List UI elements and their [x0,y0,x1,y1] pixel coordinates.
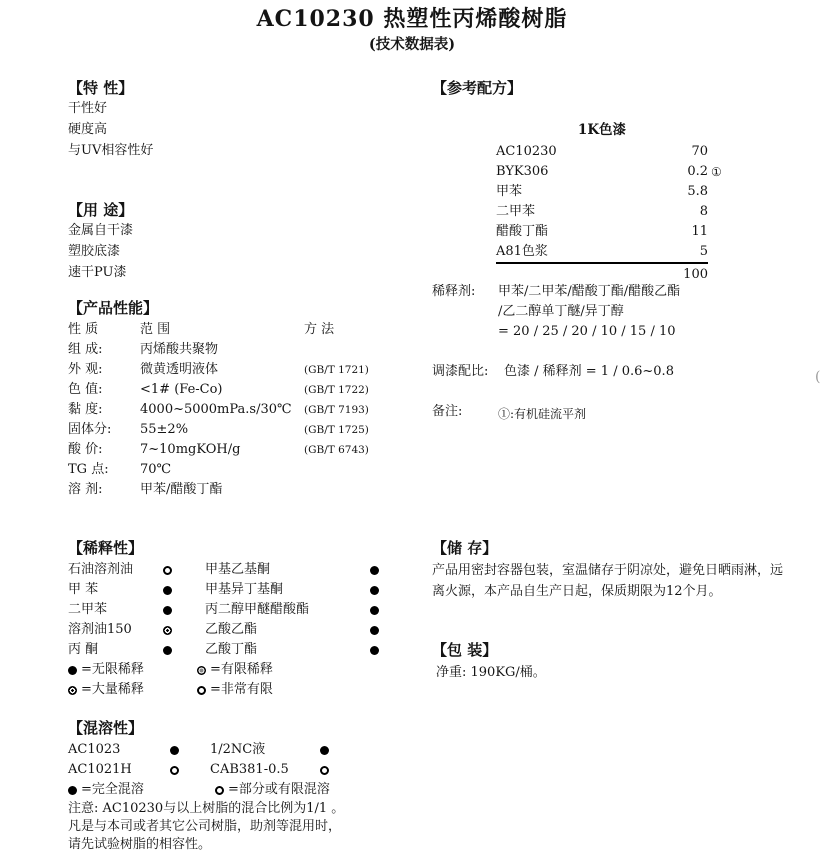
miscibility-note: 注意: AC10230与以上树脂的混合比例为1/1 。凡是与本司或者其它公司树脂… [68,800,400,853]
dilution-row: 丙 酮乙酸丁酯 [68,640,400,660]
solvent-name: 溶剂油150 [68,620,163,640]
properties-section: 【产品性能】 性 质 范 围 方 法 组 成:丙烯酸共聚物外 观:微黄透明液体(… [68,298,400,500]
property-name: 溶 剂: [68,480,140,500]
solvent-name: 丙 酮 [68,640,163,660]
resin-name: AC1021H [68,760,170,780]
legend-label: =非常有限 [210,680,273,700]
mix-ratio-block: 调漆配比: 色漆 / 稀释剂 = 1 / 0.6~0.8 [432,362,790,382]
property-name: 黏 度: [68,400,140,420]
dilution-rows: 石油溶剂油甲基乙基酮甲 苯甲基异丁基酮二甲苯丙二醇甲醚醋酸酯溶剂油150乙酸乙酯… [68,560,400,660]
properties-header-row: 性 质 范 围 方 法 [68,320,400,340]
unlimited-symbol [370,606,379,615]
dilution-section: 【稀释性】 石油溶剂油甲基乙基酮甲 苯甲基异丁基酮二甲苯丙二醇甲醚醋酸酯溶剂油1… [68,538,400,700]
partial-symbol [170,766,179,775]
formula-heading: 【参考配方】 [432,78,790,98]
datasheet-page: AC10230 热塑性丙烯酸树脂 (技术数据表) 【特 性】 干性好硬度高与UV… [0,0,824,853]
formula-component: 醋酸丁酯 [496,222,548,242]
resin-name: CAB381-0.5 [210,760,320,780]
uses-section: 【用 途】 金属自干漆塑胶底漆速干PU漆 [68,200,400,283]
property-value: 甲苯/醋酸丁酯 [140,480,304,500]
thinner-line: = 20 / 25 / 20 / 10 / 15 / 10 [498,322,680,342]
uses-list: 金属自干漆塑胶底漆速干PU漆 [68,220,400,283]
unlimited-symbol [163,586,172,595]
miscibility-legend-item: =完全混溶 [68,780,215,800]
property-row: 色 值:<1# (Fe-Co)(GB/T 1722) [68,380,400,400]
formula-component: BYK306 [496,162,548,182]
unlimited-symbol [370,626,379,635]
packing-section: 【包 装】 净重: 190KG/桶。 [432,640,790,683]
features-list: 干性好硬度高与UV相容性好 [68,98,400,161]
unlimited-symbol [370,646,379,655]
legend-label: =有限稀释 [210,660,273,680]
full-symbol [68,786,77,795]
miscibility-heading: 【混溶性】 [68,718,400,738]
page-title: AC10230 热塑性丙烯酸树脂 [0,2,824,33]
properties-rows: 组 成:丙烯酸共聚物外 观:微黄透明液体(GB/T 1721)色 值:<1# (… [68,340,400,500]
thinner-line: /乙二醇单丁醚/异丁醇 [498,302,680,322]
full-symbol [320,746,329,755]
property-method [304,480,400,500]
resin-name: 1/2NC液 [210,740,320,760]
large-symbol [163,626,172,635]
use-item: 金属自干漆 [68,220,400,241]
miscibility-rows: AC10231/2NC液AC1021HCAB381-0.5 [68,740,400,780]
property-method: (GB/T 1725) [304,420,400,440]
legend-label: =部分或有限混溶 [228,780,330,800]
unlimited-symbol [68,666,77,675]
formula-amount: 0.2 [687,162,708,182]
formula-row: BYK3060.2① [496,162,708,182]
property-row: 组 成:丙烯酸共聚物 [68,340,400,360]
thinner-label: 稀释剂: [432,282,498,342]
storage-text: 产品用密封容器包装，室温储存于阴凉处，避免日晒雨淋，远离火源，本产品自生产日起，… [432,560,790,602]
solvent-name: 乙酸丁酯 [205,640,370,660]
property-value: 70℃ [140,460,304,480]
thinner-line: 甲苯/二甲苯/醋酸丁酯/醋酸乙酯 [498,282,680,302]
property-name: TG 点: [68,460,140,480]
dilution-row: 石油溶剂油甲基乙基酮 [68,560,400,580]
feature-item: 硬度高 [68,119,400,140]
property-method [304,340,400,360]
column-header-method: 方 法 [304,320,400,340]
uses-heading: 【用 途】 [68,200,400,220]
solvent-name: 甲基乙基酮 [205,560,370,580]
use-item: 速干PU漆 [68,262,400,283]
dilution-legend-item: =有限稀释 [197,660,400,680]
dilution-legend-item: =无限稀释 [68,660,197,680]
unlimited-symbol [163,606,172,615]
formula-component: A81色浆 [496,242,548,262]
very-limited-symbol [163,566,172,575]
formula-amount: 5.8 [687,182,708,202]
formula-table: 1K色漆 AC1023070BYK3060.2①甲苯5.8二甲苯8醋酸丁酯11A… [496,120,708,285]
storage-section: 【储 存】 产品用密封容器包装，室温储存于阴凉处，避免日晒雨淋，远离火源，本产品… [432,538,790,602]
solvent-name: 乙酸乙酯 [205,620,370,640]
property-row: 酸 价:7~10mgKOH/g(GB/T 6743) [68,440,400,460]
dilution-legend: =无限稀释=有限稀释=大量稀释=非常有限 [68,660,400,700]
property-name: 固体分: [68,420,140,440]
formula-row: A81色浆5 [496,242,708,262]
formula-section: 【参考配方】 1K色漆 AC1023070BYK3060.2①甲苯5.8二甲苯8… [432,78,790,285]
partial-symbol [215,786,224,795]
solvent-name: 丙二醇甲醚醋酸酯 [205,600,370,620]
features-section: 【特 性】 干性好硬度高与UV相容性好 [68,78,400,161]
resin-name: AC1023 [68,740,170,760]
limited-symbol [197,666,206,675]
feature-item: 干性好 [68,98,400,119]
property-method: (GB/T 1721) [304,360,400,380]
property-row: 固体分:55±2%(GB/T 1725) [68,420,400,440]
page-edge-artifact: ( [815,369,820,385]
formula-amount: 70 [691,142,708,162]
formula-table-title: 1K色漆 [496,120,708,140]
formula-component: AC10230 [496,142,557,162]
large-symbol [68,686,77,695]
note-line: 请先试验树脂的相容性。 [68,836,400,853]
solvent-name: 甲基异丁基酮 [205,580,370,600]
formula-row: 甲苯5.8 [496,182,708,202]
formula-component: 二甲苯 [496,202,535,222]
property-method: (GB/T 7193) [304,400,400,420]
dilution-heading: 【稀释性】 [68,538,400,558]
unlimited-symbol [163,646,172,655]
property-method [304,460,400,480]
miscibility-legend-item: =部分或有限混溶 [215,780,400,800]
property-name: 酸 价: [68,440,140,460]
property-row: 溶 剂:甲苯/醋酸丁酯 [68,480,400,500]
dilution-legend-item: =大量稀释 [68,680,197,700]
solvent-name: 石油溶剂油 [68,560,163,580]
thinner-block: 稀释剂: 甲苯/二甲苯/醋酸丁酯/醋酸乙酯/乙二醇单丁醚/异丁醇= 20 / 2… [432,282,790,342]
property-name: 色 值: [68,380,140,400]
properties-heading: 【产品性能】 [68,298,400,318]
full-symbol [170,746,179,755]
solvent-name: 二甲苯 [68,600,163,620]
page-subtitle: (技术数据表) [0,33,824,54]
formula-footnote-mark: ① [708,162,722,182]
legend-label: =完全混溶 [81,780,144,800]
formula-row: AC1023070 [496,142,708,162]
miscibility-row: AC1021HCAB381-0.5 [68,760,400,780]
thinner-lines: 甲苯/二甲苯/醋酸丁酯/醋酸乙酯/乙二醇单丁醚/异丁醇= 20 / 25 / 2… [498,282,680,342]
remark-label: 备注: [432,402,498,424]
legend-label: =大量稀释 [81,680,144,700]
dilution-row: 溶剂油150乙酸乙酯 [68,620,400,640]
note-line: 凡是与本司或者其它公司树脂，助剂等混用时， [68,818,400,836]
property-value: 55±2% [140,420,304,440]
property-method: (GB/T 6743) [304,440,400,460]
packing-text: 净重: 190KG/桶。 [432,662,790,683]
packing-heading: 【包 装】 [432,640,790,660]
formula-amount: 11 [691,222,708,242]
unlimited-symbol [370,586,379,595]
legend-label: =无限稀释 [81,660,144,680]
property-row: 黏 度:4000~5000mPa.s/30℃(GB/T 7193) [68,400,400,420]
dilution-row: 甲 苯甲基异丁基酮 [68,580,400,600]
unlimited-symbol [370,566,379,575]
property-value: 7~10mgKOH/g [140,440,304,460]
property-row: 外 观:微黄透明液体(GB/T 1721) [68,360,400,380]
miscibility-section: 【混溶性】 AC10231/2NC液AC1021HCAB381-0.5 =完全混… [68,718,400,853]
property-name: 组 成: [68,340,140,360]
mix-ratio-label: 调漆配比: [432,362,504,382]
dilution-legend-item: =非常有限 [197,680,400,700]
property-value: <1# (Fe-Co) [140,380,304,400]
formula-row: 二甲苯8 [496,202,708,222]
column-header-property: 性 质 [68,320,140,340]
miscibility-row: AC10231/2NC液 [68,740,400,760]
partial-symbol [320,766,329,775]
note-line: 注意: AC10230与以上树脂的混合比例为1/1 。 [68,800,400,818]
feature-item: 与UV相容性好 [68,140,400,161]
formula-amount: 5 [700,242,708,262]
property-name: 外 观: [68,360,140,380]
miscibility-legend: =完全混溶=部分或有限混溶 [68,780,400,800]
use-item: 塑胶底漆 [68,241,400,262]
formula-amount: 8 [700,202,708,222]
column-header-range: 范 围 [140,320,304,340]
property-method: (GB/T 1722) [304,380,400,400]
mix-ratio-value: 色漆 / 稀释剂 = 1 / 0.6~0.8 [504,362,674,382]
property-row: TG 点:70℃ [68,460,400,480]
property-value: 4000~5000mPa.s/30℃ [140,400,304,420]
formula-row: 醋酸丁酯11 [496,222,708,242]
formula-rows: AC1023070BYK3060.2①甲苯5.8二甲苯8醋酸丁酯11A81色浆5 [496,142,708,262]
storage-heading: 【储 存】 [432,538,790,558]
very-limited-symbol [197,686,206,695]
features-heading: 【特 性】 [68,78,400,98]
property-value: 丙烯酸共聚物 [140,340,304,360]
remark-value: ①:有机硅流平剂 [498,402,586,424]
dilution-row: 二甲苯丙二醇甲醚醋酸酯 [68,600,400,620]
solvent-name: 甲 苯 [68,580,163,600]
remark-block: 备注: ①:有机硅流平剂 [432,402,790,424]
formula-component: 甲苯 [496,182,522,202]
property-value: 微黄透明液体 [140,360,304,380]
